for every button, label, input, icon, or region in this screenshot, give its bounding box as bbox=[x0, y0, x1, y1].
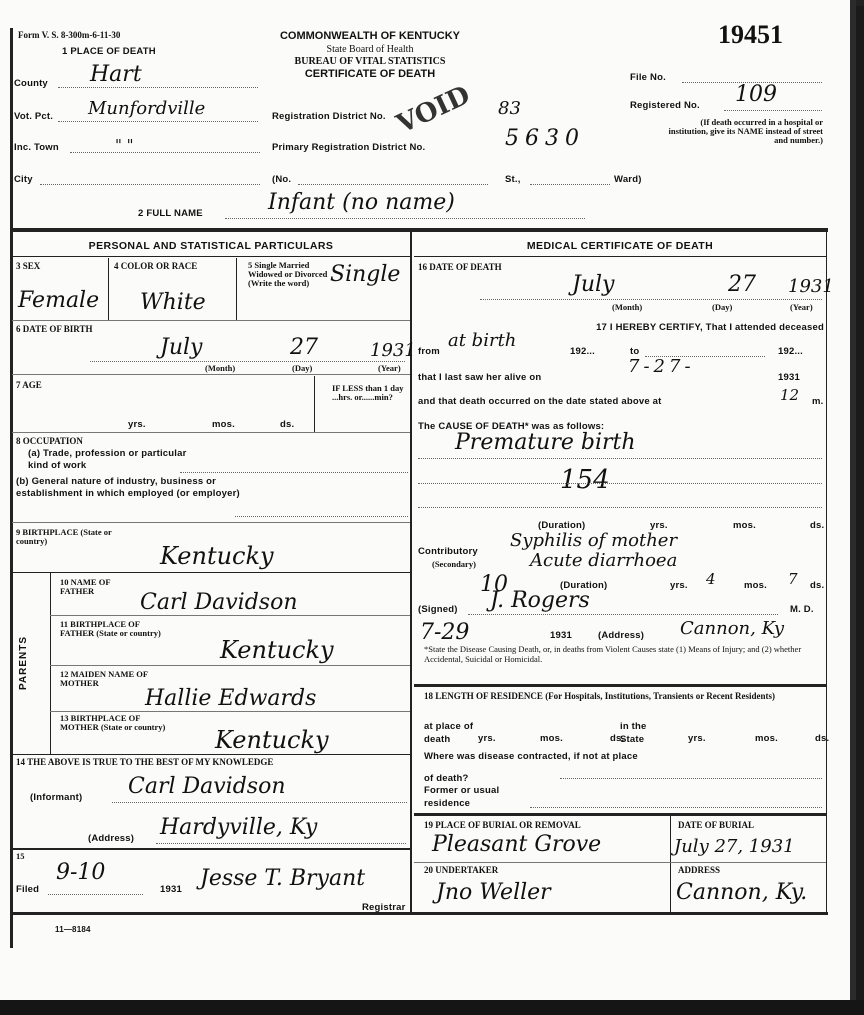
rule bbox=[12, 848, 410, 850]
race-label: 4 COLOR OR RACE bbox=[114, 261, 197, 271]
res-place-mos: mos. bbox=[540, 733, 563, 744]
mother-bp-value: Kentucky bbox=[215, 726, 329, 754]
street-label: St., bbox=[505, 174, 521, 185]
full-name-label: 2 FULL NAME bbox=[138, 208, 203, 219]
occ-a-line bbox=[180, 471, 408, 473]
res-place-yrs: yrs. bbox=[478, 733, 496, 744]
marital-label: 5 Single Married Widowed or Divorced (Wr… bbox=[248, 261, 328, 288]
last-saw-year: 1931 bbox=[778, 372, 800, 383]
dob-month-caption: (Month) bbox=[205, 364, 235, 373]
vot-pct-label: Vot. Pct. bbox=[14, 111, 53, 122]
sex-label: 3 SEX bbox=[16, 261, 40, 271]
dob-label: 6 DATE OF BIRTH bbox=[16, 324, 92, 334]
inc-town-line bbox=[70, 151, 260, 153]
bottom-code: 11—8184 bbox=[55, 925, 91, 934]
cause-footnote: *State the Disease Causing Death, or, in… bbox=[424, 644, 824, 664]
rule bbox=[414, 813, 826, 816]
dod-day: 27 bbox=[728, 272, 756, 297]
contrib-ds: ds. bbox=[810, 580, 824, 591]
dod-month: July bbox=[572, 272, 614, 297]
occ-b-line bbox=[235, 515, 408, 517]
burial-date-value: July 27, 1931 bbox=[674, 836, 795, 857]
dod-year: 1931 bbox=[788, 276, 834, 297]
rule bbox=[12, 572, 410, 573]
in-state-label: in the State bbox=[620, 720, 670, 746]
filed-value: 9-10 bbox=[56, 860, 105, 885]
bottom-rule bbox=[10, 912, 828, 915]
scan-bottom-edge bbox=[0, 1000, 864, 1015]
vot-pct-value: Munfordville bbox=[88, 98, 205, 119]
full-name-line bbox=[225, 217, 585, 219]
header-commonwealth: COMMONWEALTH OF KENTUCKY bbox=[250, 30, 490, 42]
death-time-suffix: m. bbox=[812, 396, 824, 407]
informant-label: (Informant) bbox=[30, 792, 82, 803]
inc-town-value: " " bbox=[115, 136, 134, 154]
header-certificate: CERTIFICATE OF DEATH bbox=[250, 68, 490, 80]
left-border bbox=[10, 28, 13, 948]
md-label: M. D. bbox=[790, 604, 814, 615]
rule bbox=[50, 572, 51, 754]
dod-month-caption: (Month) bbox=[612, 303, 642, 312]
street-line bbox=[530, 183, 610, 185]
rule bbox=[670, 816, 671, 912]
from-value: at birth bbox=[448, 330, 516, 351]
dob-month: July bbox=[160, 335, 202, 360]
rule bbox=[12, 374, 410, 375]
primary-reg-label: Primary Registration District No. bbox=[272, 142, 425, 153]
at-place-label: at place of death bbox=[424, 720, 484, 746]
hospital-note: (If death occurred in a hospital or inst… bbox=[668, 118, 823, 145]
death-time-value: 12 bbox=[780, 386, 799, 404]
birthplace-label: 9 BIRTHPLACE (State or country) bbox=[16, 528, 116, 546]
street-no-label: (No. bbox=[272, 174, 291, 185]
burial-place-label: 19 PLACE OF BURIAL OR REMOVAL bbox=[424, 820, 581, 830]
age-mos: mos. bbox=[212, 419, 235, 430]
registered-no-value: 109 bbox=[735, 82, 777, 107]
age-ds: ds. bbox=[280, 419, 294, 430]
residence-label: 18 LENGTH OF RESIDENCE (For Hospitals, I… bbox=[424, 690, 824, 702]
contributory-value-1: Syphilis of mother bbox=[510, 530, 677, 551]
sex-value: Female bbox=[18, 288, 99, 313]
occupation-label: 8 OCCUPATION bbox=[16, 436, 83, 446]
rule bbox=[50, 665, 410, 666]
signed-date: 7-29 bbox=[420, 620, 469, 645]
from-label: from bbox=[418, 346, 440, 357]
informant-address-line bbox=[156, 842, 406, 844]
reg-district-label: Registration District No. bbox=[272, 111, 386, 122]
registered-no-line bbox=[724, 109, 822, 111]
contracted-line bbox=[560, 777, 822, 779]
section-divider bbox=[10, 228, 828, 232]
res-state-ds: ds. bbox=[815, 733, 829, 744]
death-time-text: and that death occurred on the date stat… bbox=[418, 396, 662, 407]
contributory-label: Contributory bbox=[418, 546, 478, 557]
void-stamp: VOID bbox=[392, 80, 475, 140]
less-than-day: IF LESS than 1 day ...hrs. or......min? bbox=[332, 384, 406, 402]
dod-year-caption: (Year) bbox=[790, 303, 813, 312]
father-bp-label: 11 BIRTHPLACE OF FATHER (State or countr… bbox=[60, 620, 170, 638]
certificate-number: 19451 bbox=[718, 20, 783, 50]
signed-label: (Signed) bbox=[418, 604, 458, 615]
contributory-value-2: Acute diarrhoea bbox=[530, 550, 677, 571]
res-state-mos: mos. bbox=[755, 733, 778, 744]
filed-label: Filed bbox=[16, 884, 39, 895]
rule bbox=[50, 615, 410, 616]
mother-name-value: Hallie Edwards bbox=[145, 686, 316, 711]
county-label: County bbox=[14, 78, 48, 89]
rule bbox=[236, 258, 237, 320]
rule bbox=[12, 754, 410, 755]
contrib-mos: mos. bbox=[744, 580, 767, 591]
dod-line bbox=[480, 298, 822, 300]
filed-line bbox=[48, 893, 143, 895]
rule bbox=[12, 256, 410, 257]
rule bbox=[108, 258, 109, 320]
primary-reg-value: 5630 bbox=[505, 126, 585, 151]
physician-address-label: (Address) bbox=[598, 630, 644, 641]
dob-day-caption: (Day) bbox=[292, 364, 312, 373]
inc-town-label: Inc. Town bbox=[14, 142, 59, 153]
occupation-b: (b) General nature of industry, business… bbox=[16, 476, 246, 500]
physician-signature: J. Rogers bbox=[490, 588, 590, 613]
cause-line-3 bbox=[418, 506, 822, 508]
rule bbox=[414, 684, 826, 687]
from-year: 192... bbox=[570, 346, 595, 357]
filed-num: 15 bbox=[16, 852, 25, 861]
informant-line bbox=[112, 801, 407, 803]
rule bbox=[12, 432, 410, 433]
father-name-value: Carl Davidson bbox=[140, 590, 298, 615]
cause-value: Premature birth bbox=[455, 430, 636, 455]
former-residence: Former or usual residence bbox=[424, 784, 514, 810]
age-label: 7 AGE bbox=[16, 380, 42, 390]
parents-side-label: PARENTS bbox=[18, 636, 29, 690]
registrar-signature: Jesse T. Bryant bbox=[200, 866, 365, 891]
rule bbox=[414, 862, 826, 863]
rule bbox=[414, 256, 826, 257]
contrib-duration-mos: 4 bbox=[706, 570, 716, 588]
dob-year: 1931 bbox=[370, 340, 416, 361]
rule bbox=[314, 376, 315, 432]
form-id: Form V. S. 8-300m-6-11-30 bbox=[18, 30, 120, 40]
race-value: White bbox=[140, 290, 206, 315]
city-line bbox=[40, 183, 260, 185]
dob-day: 27 bbox=[290, 335, 318, 360]
marital-value: Single bbox=[330, 262, 400, 287]
contrib-yrs: yrs. bbox=[670, 580, 688, 591]
res-state-yrs: yrs. bbox=[688, 733, 706, 744]
burial-date-label: DATE OF BURIAL bbox=[678, 820, 754, 830]
filed-year: 1931 bbox=[160, 884, 182, 895]
rule bbox=[50, 711, 410, 712]
file-no-label: File No. bbox=[630, 72, 666, 83]
father-bp-value: Kentucky bbox=[220, 636, 334, 664]
registered-no-label: Registered No. bbox=[630, 100, 700, 111]
undertaker-address-label: ADDRESS bbox=[678, 865, 720, 875]
county-line bbox=[58, 86, 258, 88]
undertaker-address-value: Cannon, Ky. bbox=[676, 880, 807, 905]
dob-year-caption: (Year) bbox=[378, 364, 401, 373]
reg-district-value: 83 bbox=[498, 98, 521, 119]
mother-bp-label: 13 BIRTHPLACE OF MOTHER (State or countr… bbox=[60, 714, 170, 732]
dod-day-caption: (Day) bbox=[712, 303, 732, 312]
vot-pct-line bbox=[58, 120, 258, 122]
street-no-line bbox=[298, 183, 488, 185]
cause-line-2 bbox=[418, 482, 822, 484]
death-certificate: Form V. S. 8-300m-6-11-30 1 PLACE OF DEA… bbox=[0, 0, 856, 1002]
full-name-value: Infant (no name) bbox=[268, 190, 455, 215]
age-yrs: yrs. bbox=[128, 419, 146, 430]
contrib-duration-ds: 7 bbox=[788, 570, 798, 588]
personal-section-title: PERSONAL AND STATISTICAL PARTICULARS bbox=[12, 240, 410, 252]
last-saw-value: 7-27- bbox=[628, 356, 695, 377]
right-border bbox=[826, 232, 827, 912]
header-board: State Board of Health bbox=[250, 44, 490, 55]
dod-label: 16 DATE OF DEATH bbox=[418, 262, 502, 272]
informant-address-label: (Address) bbox=[88, 833, 134, 844]
duration-ds: ds. bbox=[810, 520, 824, 531]
residence-line bbox=[530, 806, 822, 808]
header-bureau: BUREAU OF VITAL STATISTICS bbox=[250, 56, 490, 67]
undertaker-label: 20 UNDERTAKER bbox=[424, 865, 498, 875]
burial-place-value: Pleasant Grove bbox=[432, 832, 601, 857]
rule bbox=[12, 320, 410, 321]
informant-statement: 14 THE ABOVE IS TRUE TO THE BEST OF MY K… bbox=[16, 757, 273, 767]
city-label: City bbox=[14, 174, 33, 185]
rule bbox=[12, 522, 410, 523]
ward-label: Ward) bbox=[614, 174, 642, 185]
to-year: 192... bbox=[778, 346, 803, 357]
physician-address: Cannon, Ky bbox=[680, 618, 784, 639]
secondary-label: (Secondary) bbox=[432, 560, 476, 569]
informant-value: Carl Davidson bbox=[128, 774, 286, 799]
county-value: Hart bbox=[90, 62, 142, 87]
place-of-death-label: 1 PLACE OF DEATH bbox=[62, 46, 156, 57]
occupation-a: (a) Trade, profession or particular kind… bbox=[28, 448, 203, 472]
birthplace-value: Kentucky bbox=[160, 542, 274, 570]
cause-code: 154 bbox=[560, 465, 610, 495]
undertaker-value: Jno Weller bbox=[436, 880, 551, 905]
center-divider bbox=[410, 232, 412, 912]
father-name-label: 10 NAME OF FATHER bbox=[60, 578, 140, 596]
signed-year: 1931 bbox=[550, 630, 572, 641]
medical-section-title: MEDICAL CERTIFICATE OF DEATH bbox=[414, 240, 826, 252]
cause-line-1 bbox=[418, 457, 822, 459]
dob-line bbox=[90, 360, 405, 362]
informant-address-value: Hardyville, Ky bbox=[160, 815, 317, 840]
signed-line bbox=[468, 613, 778, 615]
duration-mos: mos. bbox=[733, 520, 756, 531]
last-saw-text: that I last saw her alive on bbox=[418, 372, 541, 383]
